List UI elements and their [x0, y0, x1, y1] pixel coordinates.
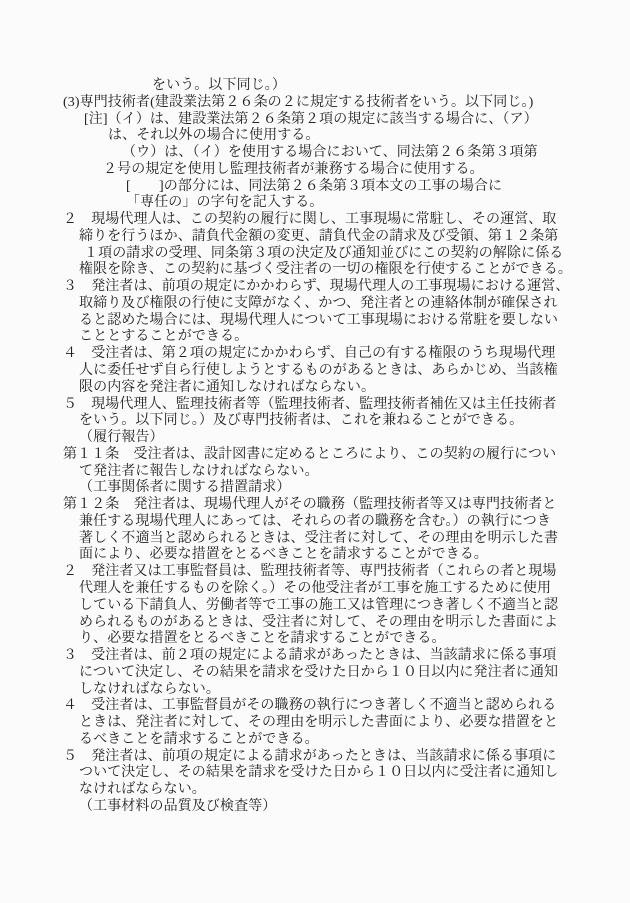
section-heading: （工事関係者に関する措置請求） — [79, 480, 630, 497]
doc-line: について決定し、その結果を請求を受けた日から１０日以内に発注者に通知 — [79, 665, 630, 682]
doc-line: ２ 発注者又は工事監督員は、監理技術者等、専門技術者（これらの者と現場 — [63, 564, 630, 581]
doc-line: るべきことを請求することができる。 — [79, 732, 630, 749]
doc-line: （ウ）は、（イ）を使用する場合において、同法第２６条第３項第 — [122, 145, 630, 162]
doc-line: １項の請求の受理、同条第３項の決定及び通知並びにこの契約の解除に係る — [84, 246, 630, 263]
doc-line: 人に委任せず自ら行使しようとするものがあるときは、あらかじめ、当該権 — [79, 363, 630, 380]
doc-line: ４ 受注者は、第２項の規定にかかわらず、自己の有する権限のうち現場代理 — [63, 346, 630, 363]
doc-line: は、それ以外の場合に使用する。 — [108, 128, 630, 145]
article-line: 第１１条 受注者は、設計図書に定めるところにより、この契約の履行につい — [63, 447, 630, 464]
article-line: 第１２条 発注者は、現場代理人がその職務（監理技術者等又は専門技術者と — [63, 497, 630, 514]
doc-line: ３ 受注者は、前２項の規定による請求があったときは、当該請求に係る事項 — [63, 648, 630, 665]
doc-line: 「専任の」の字句を記入する。 — [126, 195, 630, 212]
document-page: をいう。以下同じ。） (3)専門技術者(建設業法第２６条の２に規定する技術者をい… — [0, 0, 630, 903]
doc-line: ときは、発注者に対して、その理由を明示した書面により、必要な措置をと — [79, 715, 630, 732]
section-heading: （工事材料の品質及び検査等） — [79, 799, 630, 816]
section-heading: （履行報告） — [79, 430, 630, 447]
doc-line: こととすることができる。 — [79, 329, 630, 346]
doc-line: 兼任する現場代理人にあっては、それらの者の職務を含む。）の執行につき — [79, 514, 630, 531]
doc-line: ５ 現場代理人、監理技術者等（監理技術者、監理技術者補佐又は主任技術者 — [63, 397, 630, 414]
doc-line: (3)専門技術者(建設業法第２６条の２に規定する技術者をいう。以下同じ。) — [63, 95, 630, 112]
doc-line: をいう。以下同じ。）及び専門技術者は、これを兼ねることができる。 — [79, 413, 630, 430]
doc-line: している下請負人、労働者等で工事の施工又は管理につき著しく不適当と認 — [79, 598, 630, 615]
doc-line: 著しく不適当と認められるときは、受注者に対して、その理由を明示した書 — [79, 531, 630, 548]
doc-line: て発注者に報告しなければならない。 — [79, 464, 630, 481]
doc-line: ４ 受注者は、工事監督員がその職務の執行につき著しく不適当と認められる — [63, 698, 630, 715]
doc-line: ついて決定し、その結果を請求を受けた日から１０日以内に受注者に通知し — [79, 765, 630, 782]
doc-line: ３ 発注者は、前項の規定にかかわらず、現場代理人の工事現場における運営、 — [63, 279, 630, 296]
doc-line: しなければならない。 — [79, 682, 630, 699]
doc-line: 面により、必要な措置をとるべきことを請求することができる。 — [79, 547, 630, 564]
doc-line: ５ 発注者は、前項の規定による請求があったときは、当該請求に係る事項に — [63, 749, 630, 766]
doc-line: 限の内容を発注者に通知しなければならない。 — [79, 380, 630, 397]
doc-line: 締りを行うほか、請負代金額の変更、請負代金の請求及び受領、第１２条第 — [79, 229, 630, 246]
doc-line: [注]（イ）は、建設業法第２６条第２項の規定に該当する場合に、（ア） — [84, 112, 630, 129]
doc-line: り、必要な措置をとるべきことを請求することができる。 — [79, 631, 630, 648]
doc-line: をいう。以下同じ。） — [152, 78, 630, 95]
doc-line: [ ]の部分には、同法第２６条第３項本文の工事の場合に — [126, 179, 630, 196]
doc-line: 代理人を兼任するものを除く。）その他受注者が工事を施工するために使用 — [79, 581, 630, 598]
doc-line: ２ 現場代理人は、この契約の履行に関し、工事現場に常駐し、その運営、取 — [63, 212, 630, 229]
doc-line: 権限を除き、この契約に基づく受注者の一切の権限を行使することができる。 — [79, 262, 630, 279]
doc-line: ると認めた場合には、現場代理人について工事現場における常駐を要しない — [79, 313, 630, 330]
doc-line: ２号の規定を使用し監理技術者が兼務する場合に使用する。 — [103, 162, 630, 179]
doc-line: められるものがあるときは、受注者に対して、その理由を明示した書面によ — [79, 615, 630, 632]
document-body: をいう。以下同じ。） (3)専門技術者(建設業法第２６条の２に規定する技術者をい… — [0, 78, 630, 816]
doc-line: 取締り及び権限の行使に支障がなく、かつ、発注者との連絡体制が確保され — [79, 296, 630, 313]
doc-line: なければならない。 — [79, 782, 630, 799]
